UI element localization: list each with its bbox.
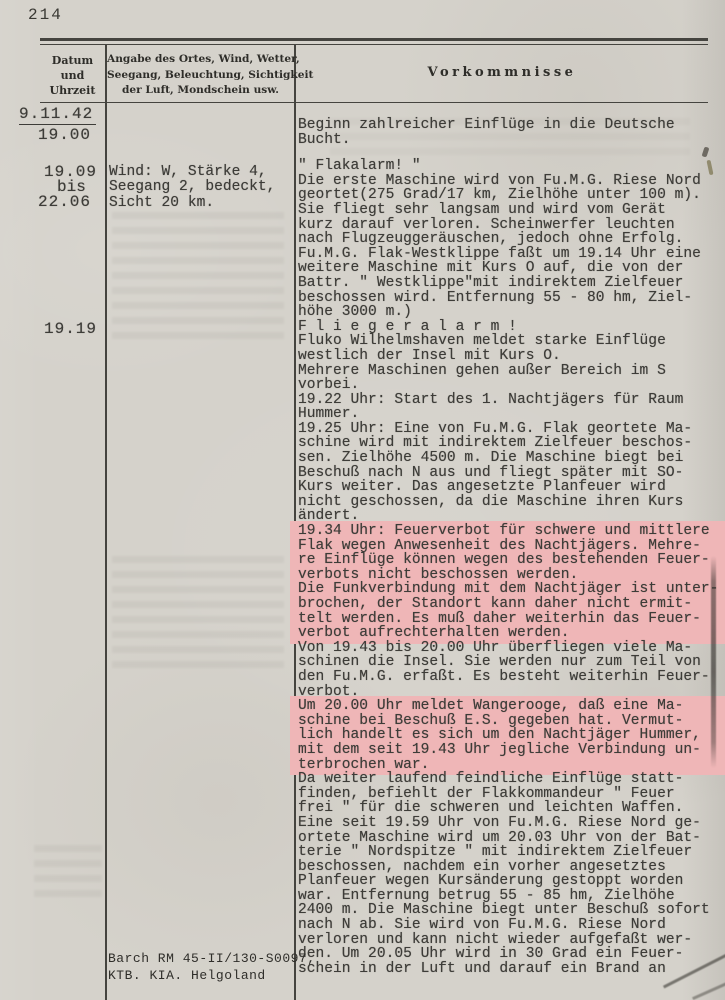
entry-beginn-einfluege: Beginn zahlreicher Einflüge in die Deuts… <box>298 118 712 147</box>
entry-feuerverbot-highlighted: 19.34 Uhr: Feuerverbot für schwere und m… <box>298 521 712 644</box>
table-vertical-rule-1 <box>105 44 107 1000</box>
entry-fliegeralarm: F l i e g e r a l a r m ! Fluko Wilhelms… <box>298 320 712 524</box>
page-number: 214 <box>28 6 63 24</box>
time-entry-1900: 19.00 <box>38 128 91 143</box>
weather-note: Wind: W, Stärke 4, Seegang 2, bedeckt, S… <box>109 165 275 211</box>
table-top-rule-inner <box>40 44 708 45</box>
entry-wangerooge-highlighted: Um 20.00 Uhr meldet Wangerooge, daß eine… <box>298 696 712 775</box>
scan-artifact-corner-crease <box>692 973 725 1000</box>
table-top-rule-outer <box>40 38 708 41</box>
ink-bleedthrough <box>112 212 284 340</box>
scanned-war-diary-page: 214 Datum und Uhrzeit Angabe des Ortes, … <box>0 0 725 1000</box>
entry-ueberfliegungen: Von 19.43 bis 20.00 Uhr überfliegen viel… <box>298 641 712 699</box>
time-entry-1919: 19.19 <box>44 322 97 337</box>
table-vertical-rule-2 <box>294 44 296 1000</box>
date-entry: 9.11.42 <box>19 107 96 122</box>
date-underlined: 9.11.42 <box>19 105 96 125</box>
ink-bleedthrough <box>34 845 102 903</box>
entry-feuer-frei: Da weiter laufend feindliche Einflüge st… <box>298 772 712 976</box>
archive-stamp: Barch RM 45-II/130-S0097, KTB. KIA. Helg… <box>108 951 316 984</box>
column-header-datum-uhrzeit: Datum und Uhrzeit <box>40 53 105 98</box>
events-column: Beginn zahlreicher Einflüge in die Deuts… <box>298 118 712 976</box>
table-header-bottom-rule <box>40 102 708 104</box>
time-entry-2206: 22.06 <box>38 195 91 210</box>
column-header-conditions: Angabe des Ortes, Wind, Wetter, Seegang,… <box>107 52 294 99</box>
ink-bleedthrough <box>112 556 284 676</box>
entry-flakalarm: " Flakalarm! " Die erste Maschine wird v… <box>298 159 712 320</box>
column-header-vorkommnisse: Vorkommnisse <box>296 65 708 80</box>
